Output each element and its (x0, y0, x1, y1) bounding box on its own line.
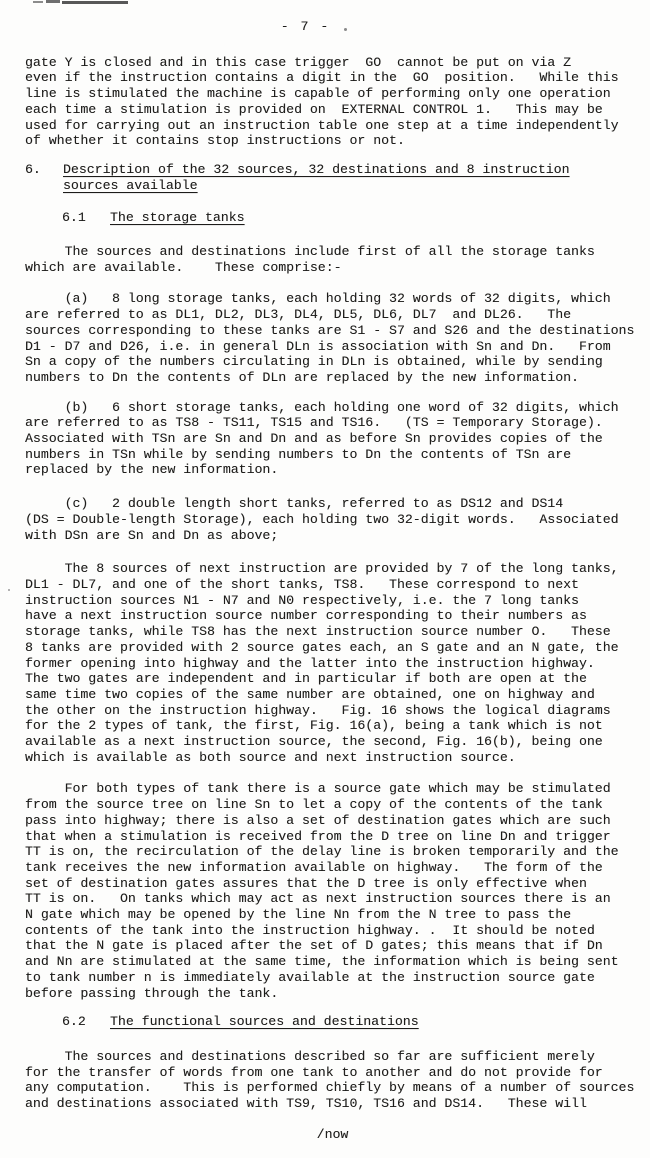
subsection-6-2-title: The functional sources and destinations (110, 1014, 419, 1030)
scan-smudge-1 (33, 1, 43, 3)
scan-smudge-3 (62, 1, 128, 4)
paragraph-sources-intro: The sources and destinations include fir… (25, 244, 640, 275)
section-6-title: Description of the 32 sources, 32 destin… (63, 162, 569, 193)
scan-smudge-2 (46, 0, 60, 3)
paragraph-next-instruction-sources: The 8 sources of next instruction are pr… (25, 561, 640, 765)
continuation-mark: /now (25, 1127, 640, 1143)
paragraph-item-c-double-tanks: (c) 2 double length short tanks, referre… (25, 496, 640, 543)
paragraph-functional-sources: The sources and destinations described s… (25, 1049, 640, 1112)
paragraph-source-destination-gates: For both types of tank there is a source… (25, 781, 640, 1001)
document-page: - 7 - gate Y is closed and in this case … (0, 0, 650, 1158)
subsection-6-2-heading: 6.2 The functional sources and destinati… (62, 1014, 640, 1030)
subsection-6-1-heading: 6.1 The storage tanks (62, 210, 640, 226)
page-number: - 7 - (0, 19, 613, 35)
subsection-6-2-number: 6.2 (62, 1014, 110, 1030)
ink-speck-2 (8, 589, 10, 591)
subsection-6-1-title: The storage tanks (110, 210, 245, 226)
paragraph-gate-y: gate Y is closed and in this case trigge… (25, 55, 640, 149)
subsection-6-1-number: 6.1 (62, 210, 110, 226)
section-6-heading: 6. Description of the 32 sources, 32 des… (25, 162, 640, 193)
paragraph-item-b-short-tanks: (b) 6 short storage tanks, each holding … (25, 400, 640, 479)
section-6-number: 6. (25, 162, 63, 193)
paragraph-item-a-long-tanks: (a) 8 long storage tanks, each holding 3… (25, 291, 640, 385)
